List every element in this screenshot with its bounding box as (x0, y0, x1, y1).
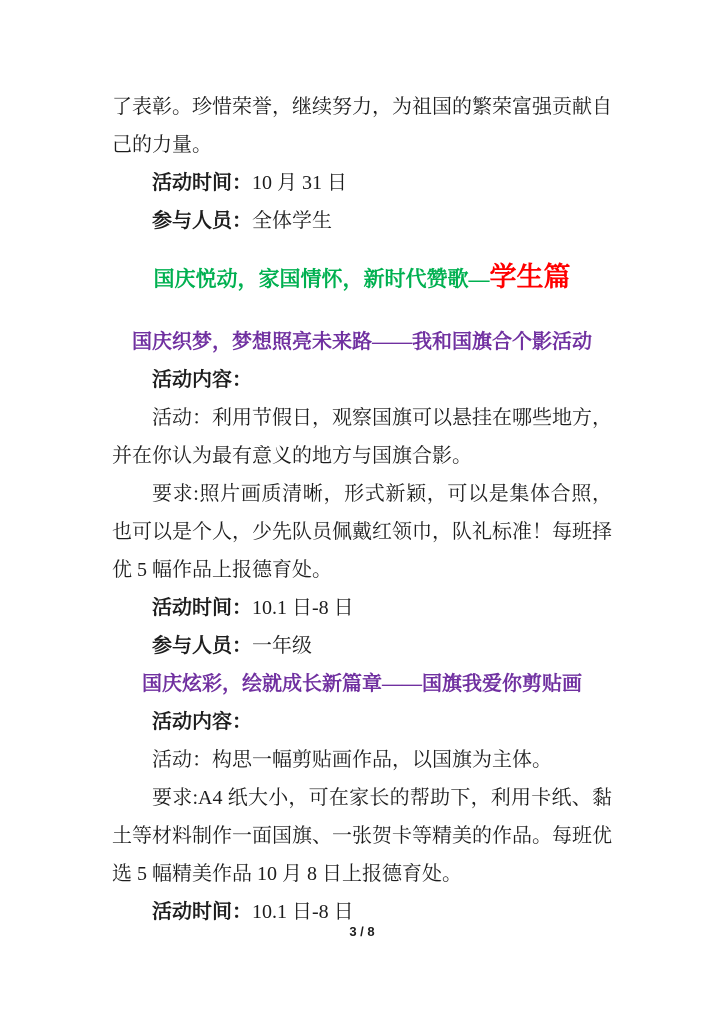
activity-time-label: 活动时间： (152, 597, 252, 619)
photo-activity-content-label-line: 活动内容： (112, 361, 612, 399)
awards-activity-participants-line: 参与人员：全体学生 (112, 202, 612, 240)
participants-label: 参与人员： (152, 210, 252, 232)
page-number: 3 / 8 (0, 924, 724, 939)
section-title-highlight-text: 学生篇 (490, 262, 571, 292)
activity-time-label: 活动时间： (152, 901, 252, 923)
photo-activity-requirements: 要求:照片画质清晰，形式新颖，可以是集体合照，也可以是个人，少先队员佩戴红领巾，… (112, 475, 612, 589)
photo-activity-time-line: 活动时间：10.1 日-8 日 (112, 589, 612, 627)
section-title-students: 国庆悦动，家国情怀，新时代赞歌—学生篇 (112, 256, 612, 303)
activity-time-value: 10.1 日-8 日 (252, 597, 354, 619)
content-label: 活动内容： (152, 369, 252, 391)
participants-value: 一年级 (252, 635, 312, 657)
photo-activity-title: 国庆织梦，梦想照亮未来路——我和国旗合个影活动 (112, 323, 612, 361)
collage-activity-content-label-line: 活动内容： (112, 703, 612, 741)
section-title-main-text: 国庆悦动，家国情怀，新时代赞歌— (154, 267, 490, 291)
activity-time-label: 活动时间： (152, 172, 252, 194)
activity-time-value: 10.1 日-8 日 (252, 901, 354, 923)
activity-time-value: 10 月 31 日 (252, 172, 347, 194)
awards-activity-time-line: 活动时间：10 月 31 日 (112, 164, 612, 202)
photo-activity-participants-line: 参与人员：一年级 (112, 627, 612, 665)
closing-paragraph: 了表彰。珍惜荣誉，继续努力，为祖国的繁荣富强贡献自己的力量。 (112, 88, 612, 164)
collage-activity-requirements: 要求:A4 纸大小，可在家长的帮助下，利用卡纸、黏土等材料制作一面国旗、一张贺卡… (112, 779, 612, 893)
collage-activity-description: 活动：构思一幅剪贴画作品，以国旗为主体。 (112, 741, 612, 779)
participants-value: 全体学生 (252, 210, 332, 232)
participants-label: 参与人员： (152, 635, 252, 657)
document-page: { "colors": { "ink": "#1d1d1d", "green":… (0, 0, 724, 1024)
photo-activity-description: 活动：利用节假日，观察国旗可以悬挂在哪些地方，并在你认为最有意义的地方与国旗合影… (112, 399, 612, 475)
collage-activity-title: 国庆炫彩，绘就成长新篇章——国旗我爱你剪贴画 (112, 665, 612, 703)
text-block: 了表彰。珍惜荣誉，继续努力，为祖国的繁荣富强贡献自己的力量。 活动时间：10 月… (112, 88, 612, 931)
content-label: 活动内容： (152, 711, 252, 733)
